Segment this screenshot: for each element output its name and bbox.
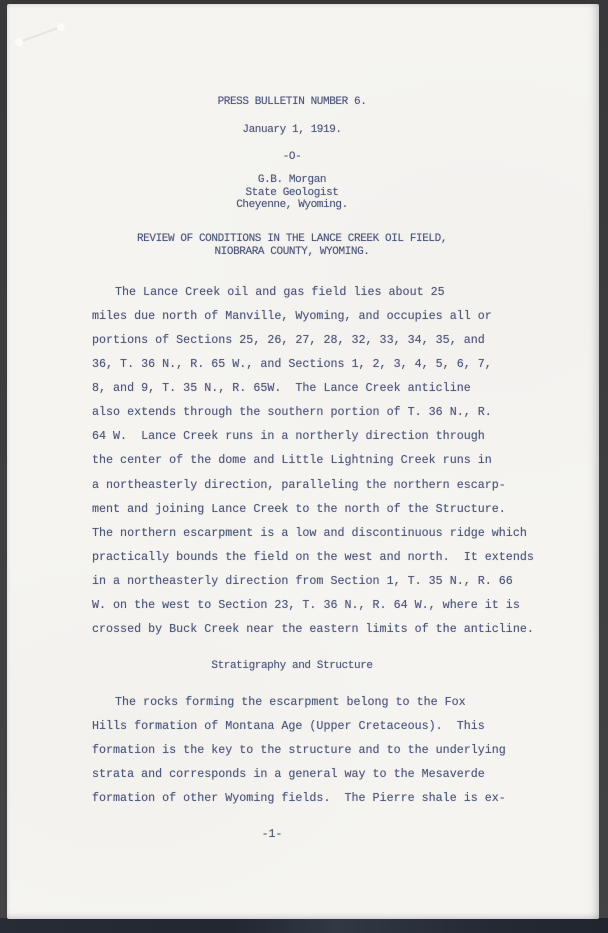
text-line: practically bounds the field on the west… (92, 545, 534, 569)
bulletin-number: PRESS BULLETIN NUMBER 6. (7, 96, 577, 108)
document-page: PRESS BULLETIN NUMBER 6. January 1, 1919… (7, 4, 599, 919)
document-title: REVIEW OF CONDITIONS IN THE LANCE CREEK … (7, 233, 577, 259)
author-block: G.B. Morgan State Geologist Cheyenne, Wy… (7, 174, 577, 212)
text-line: The rocks forming the escarpment belong … (92, 690, 506, 714)
text-line: The northern escarpment is a low and dis… (92, 521, 534, 545)
text-line: portions of Sections 25, 26, 27, 28, 32,… (92, 328, 534, 352)
page-footer: -1- (7, 828, 537, 841)
date-line: January 1, 1919. (7, 124, 577, 136)
text-line: Hills formation of Montana Age (Upper Cr… (92, 714, 506, 738)
text-line: crossed by Buck Creek near the eastern l… (92, 617, 534, 641)
text-line: the center of the dome and Little Lightn… (92, 448, 534, 472)
author-name: G.B. Morgan (7, 174, 577, 187)
paragraph-2: The rocks forming the escarpment belong … (92, 690, 506, 810)
scratch-mark (9, 14, 79, 54)
page-number: -1- (262, 828, 283, 841)
text-line: also extends through the southern portio… (92, 400, 534, 424)
document-title-line2: NIOBRARA COUNTY, WYOMING. (7, 246, 577, 259)
text-line: 8, and 9, T. 35 N., R. 65W. The Lance Cr… (92, 376, 534, 400)
text-line: strata and corresponds in a general way … (92, 762, 506, 786)
bulletin-header: PRESS BULLETIN NUMBER 6. (7, 96, 577, 108)
text-line: 64 W. Lance Creek runs in a northerly di… (92, 424, 534, 448)
author-title: State Geologist (7, 187, 577, 200)
separator-block: -O- (7, 151, 577, 163)
text-line: a northeasterly direction, paralleling t… (92, 473, 534, 497)
text-line: ment and joining Lance Creek to the nort… (92, 497, 534, 521)
section-heading-block: Stratigraphy and Structure (7, 660, 577, 672)
author-location: Cheyenne, Wyoming. (7, 199, 577, 212)
document-title-line1: REVIEW OF CONDITIONS IN THE LANCE CREEK … (7, 233, 577, 246)
scan-bottom-band (0, 918, 608, 933)
text-line: in a northeasterly direction from Sectio… (92, 569, 534, 593)
text-line: W. on the west to Section 23, T. 36 N., … (92, 593, 534, 617)
text-line: The Lance Creek oil and gas field lies a… (92, 280, 534, 304)
paragraph-1: The Lance Creek oil and gas field lies a… (92, 280, 534, 641)
text-line: formation of other Wyoming fields. The P… (92, 786, 506, 810)
section-heading: Stratigraphy and Structure (7, 660, 577, 672)
text-line: formation is the key to the structure an… (92, 738, 506, 762)
text-line: 36, T. 36 N., R. 65 W., and Sections 1, … (92, 352, 534, 376)
separator-mark: -O- (7, 151, 577, 163)
date-block: January 1, 1919. (7, 124, 577, 136)
text-line: miles due north of Manville, Wyoming, an… (92, 304, 534, 328)
